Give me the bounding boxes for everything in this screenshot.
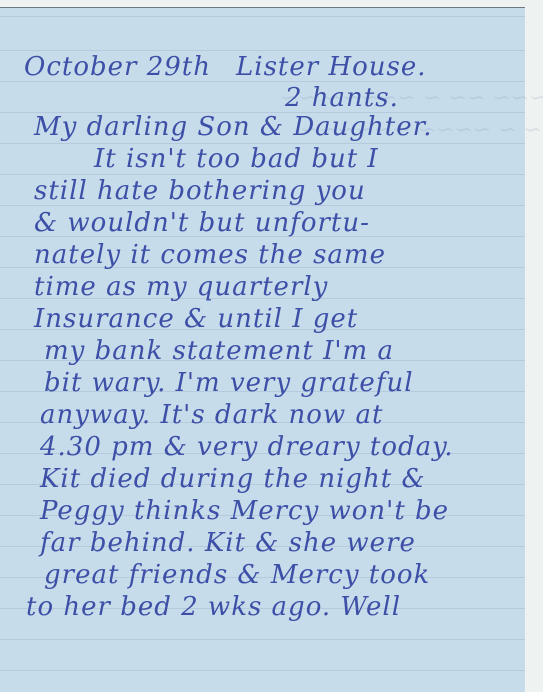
letter-date: October 29th [24,52,211,82]
letter-address-line2: 2 hants. [285,83,399,113]
letter-body-line: far behind. Kit & she were [40,528,416,558]
letter-body-line: bit wary. I'm very grateful [44,368,414,398]
letter-body-line: my bank statement I'm a [44,336,394,366]
letter-address-line1: Lister House. [236,52,427,82]
letter-body-line: anyway. It's dark now at [40,400,383,430]
letter-body-line: Peggy thinks Mercy won't be [40,496,449,526]
letter-body-line: still hate bothering you [34,176,366,206]
letter-body-line: time as my quarterly [34,272,328,302]
letter-body-line: nately it comes the same [34,240,386,270]
letter-body-line: 4.30 pm & very dreary today. [40,432,454,462]
letter-body-line: great friends & Mercy took [44,560,430,590]
letter-salutation: My darling Son & Daughter. [34,112,432,142]
letter-body-line: & wouldn't but unfortu- [34,208,370,238]
letter-page: ~~~~~ ~~ ~ ~~~~~ ~~ ~~ ~~~~ ~ ~~~~ ~~~~~… [0,7,525,692]
letter-body-line: to her bed 2 wks ago. Well [26,592,401,622]
letter-body-line: Kit died during the night & [40,464,426,494]
letter-body-line: Insurance & until I get [34,304,358,334]
letter-body-line: It isn't too bad but I [94,144,379,174]
